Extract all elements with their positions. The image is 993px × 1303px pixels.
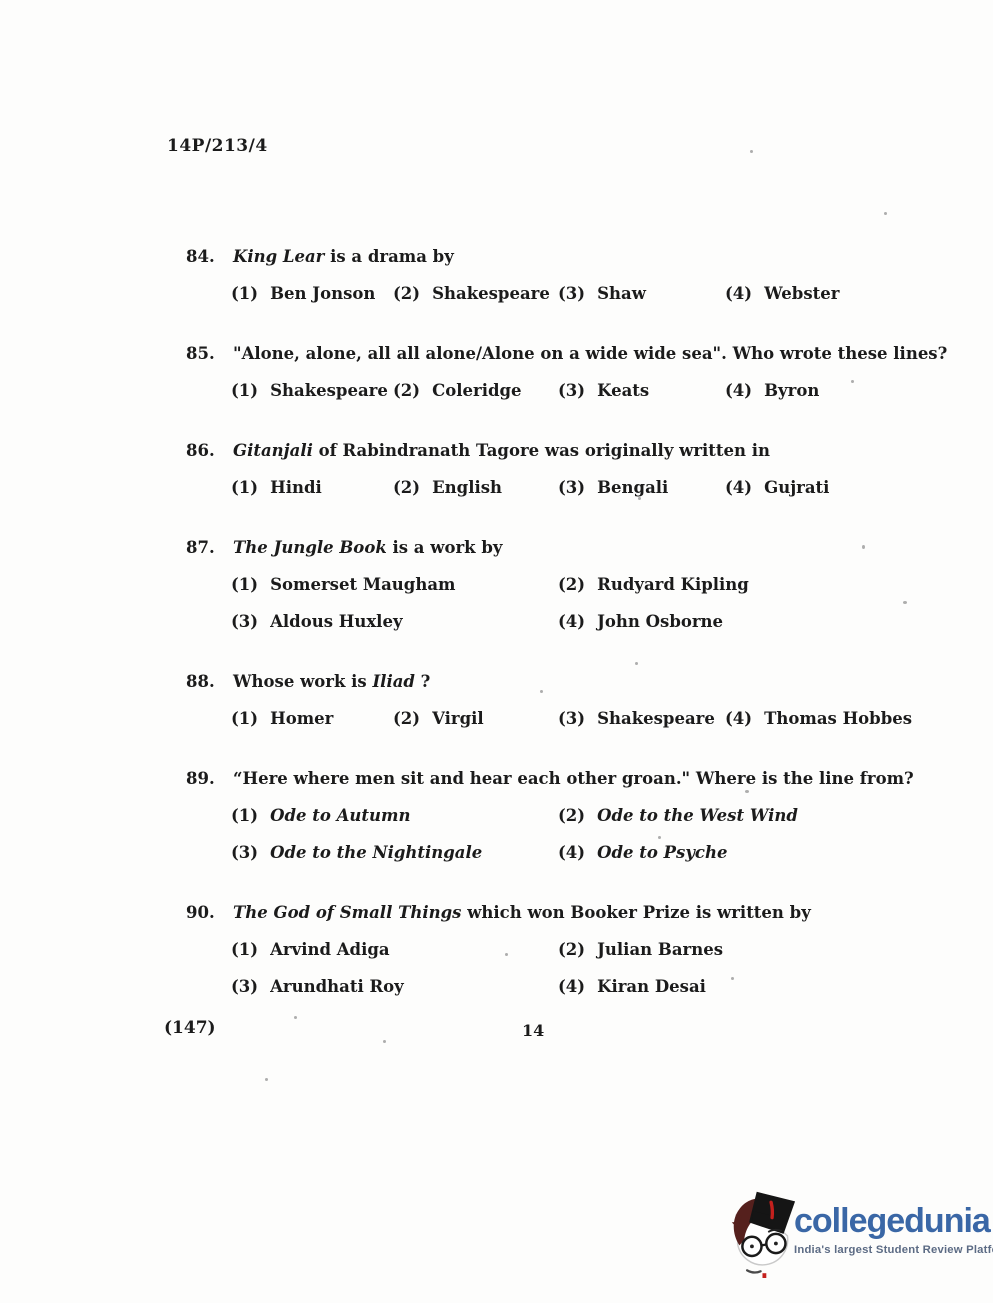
option-2: (2)English (393, 478, 502, 497)
option-label: (4) (725, 381, 752, 400)
option-text: Virgil (432, 709, 484, 728)
scan-speck (540, 690, 543, 693)
option-3: (3)Keats (558, 381, 649, 400)
question-number: 89. (186, 769, 215, 788)
option-label: (3) (558, 381, 585, 400)
option-3: (3)Shakespeare (558, 709, 715, 728)
option-label: (4) (725, 709, 752, 728)
exam-paper-page: 14P/213/4 84.King Lear is a drama by(1)B… (0, 0, 993, 1303)
option-2: (2)Ode to the West Wind (558, 806, 798, 825)
option-text: Shaw (597, 284, 646, 303)
option-label: (2) (558, 575, 585, 594)
scan-speck (903, 601, 907, 604)
option-text: Hindi (270, 478, 322, 497)
option-label: (1) (231, 284, 258, 303)
option-label: (1) (231, 381, 258, 400)
option-text: Gujrati (764, 478, 829, 497)
option-label: (1) (231, 709, 258, 728)
option-label: (2) (393, 284, 420, 303)
option-label: (1) (231, 940, 258, 959)
option-label: (1) (231, 806, 258, 825)
option-label: (1) (231, 478, 258, 497)
option-text: Ode to Psyche (597, 843, 727, 862)
question-list: 84.King Lear is a drama by(1)Ben Jonson(… (0, 247, 993, 1037)
collegedunia-logo: collegedunia .com India's largest Studen… (726, 1186, 990, 1278)
question-number: 88. (186, 672, 215, 691)
scan-speck (294, 1016, 297, 1019)
scan-speck (505, 953, 508, 956)
logo-brand-text: collegedunia (794, 1204, 993, 1238)
question-text: King Lear is a drama by (233, 247, 454, 266)
option-text: Coleridge (432, 381, 521, 400)
scan-speck (745, 790, 749, 793)
option-4: (4)Thomas Hobbes (725, 709, 912, 728)
scan-speck (750, 150, 753, 153)
option-text: Kiran Desai (597, 977, 706, 996)
option-1: (1)Shakespeare (231, 381, 388, 400)
option-4: (4)Gujrati (725, 478, 829, 497)
question-84: 84.King Lear is a drama by(1)Ben Jonson(… (0, 247, 993, 304)
option-text: Homer (270, 709, 333, 728)
option-text: Rudyard Kipling (597, 575, 749, 594)
question-86: 86.Gitanjali of Rabindranath Tagore was … (0, 441, 993, 498)
question-number: 84. (186, 247, 215, 266)
option-text: Julian Barnes (597, 940, 723, 959)
option-text: Shakespeare (270, 381, 388, 400)
option-text: Webster (764, 284, 839, 303)
option-text: Shakespeare (432, 284, 550, 303)
question-number: 90. (186, 903, 215, 922)
question-87: 87.The Jungle Book is a work by(1)Somers… (0, 538, 993, 632)
option-4: (4)Ode to Psyche (558, 843, 727, 862)
option-4: (4)John Osborne (558, 612, 723, 631)
option-label: (3) (231, 843, 258, 862)
option-text: Aldous Huxley (270, 612, 402, 631)
scan-speck (383, 1040, 386, 1043)
logo-text-block: collegedunia .com India's largest Studen… (794, 1186, 993, 1256)
scan-speck (638, 497, 641, 500)
question-88: 88.Whose work is Iliad ?(1)Homer(2)Virgi… (0, 672, 993, 729)
option-label: (2) (558, 940, 585, 959)
option-3: (3)Arundhati Roy (231, 977, 404, 996)
option-4: (4)Byron (725, 381, 819, 400)
option-1: (1)Homer (231, 709, 333, 728)
option-4: (4)Webster (725, 284, 839, 303)
option-label: (3) (231, 612, 258, 631)
scan-speck (851, 380, 854, 383)
scan-speck (884, 212, 887, 215)
option-label: (2) (393, 381, 420, 400)
question-90: 90.The God of Small Things which won Boo… (0, 903, 993, 997)
question-number: 85. (186, 344, 215, 363)
option-1: (1)Ode to Autumn (231, 806, 411, 825)
option-label: (4) (558, 843, 585, 862)
page-number: 14 (522, 1021, 544, 1040)
question-text: “Here where men sit and hear each other … (233, 769, 914, 788)
option-label: (3) (558, 709, 585, 728)
option-3: (3)Ode to the Nightingale (231, 843, 482, 862)
scan-speck (658, 836, 661, 839)
scan-speck (635, 662, 638, 665)
option-text: English (432, 478, 502, 497)
option-2: (2)Julian Barnes (558, 940, 723, 959)
question-85: 85."Alone, alone, all all alone/Alone on… (0, 344, 993, 401)
graduate-mascot-icon (726, 1186, 798, 1278)
option-text: Arundhati Roy (270, 977, 404, 996)
option-text: John Osborne (597, 612, 723, 631)
option-label: (4) (725, 284, 752, 303)
option-label: (3) (558, 478, 585, 497)
option-1: (1)Arvind Adiga (231, 940, 390, 959)
option-2: (2)Coleridge (393, 381, 522, 400)
option-2: (2)Shakespeare (393, 284, 550, 303)
logo-tagline: India's largest Student Review Platform (794, 1244, 993, 1256)
option-label: (2) (558, 806, 585, 825)
scan-speck (265, 1078, 268, 1081)
option-text: Thomas Hobbes (764, 709, 912, 728)
option-2: (2)Virgil (393, 709, 484, 728)
option-label: (3) (231, 977, 258, 996)
option-text: Byron (764, 381, 819, 400)
option-text: Keats (597, 381, 649, 400)
question-text: Gitanjali of Rabindranath Tagore was ori… (233, 441, 770, 460)
option-1: (1)Hindi (231, 478, 322, 497)
option-label: (4) (558, 977, 585, 996)
option-3: (3)Shaw (558, 284, 646, 303)
option-3: (3)Aldous Huxley (231, 612, 403, 631)
option-label: (2) (393, 478, 420, 497)
footer-series-code: (147) (164, 1018, 216, 1038)
option-text: Arvind Adiga (270, 940, 389, 959)
option-text: Bengali (597, 478, 668, 497)
option-1: (1)Ben Jonson (231, 284, 375, 303)
question-text: "Alone, alone, all all alone/Alone on a … (233, 344, 947, 363)
option-label: (2) (393, 709, 420, 728)
scan-speck (862, 545, 865, 549)
option-label: (4) (725, 478, 752, 497)
option-text: Shakespeare (597, 709, 715, 728)
option-label: (1) (231, 575, 258, 594)
question-number: 87. (186, 538, 215, 557)
option-3: (3)Bengali (558, 478, 668, 497)
question-text: The Jungle Book is a work by (233, 538, 502, 557)
option-label: (3) (558, 284, 585, 303)
question-text: Whose work is Iliad ? (233, 672, 430, 691)
scan-speck (731, 977, 734, 980)
paper-code: 14P/213/4 (167, 136, 268, 156)
question-number: 86. (186, 441, 215, 460)
option-text: Somerset Maugham (270, 575, 455, 594)
option-2: (2)Rudyard Kipling (558, 575, 749, 594)
question-text: The God of Small Things which won Booker… (233, 903, 811, 922)
option-text: Ben Jonson (270, 284, 375, 303)
option-text: Ode to the West Wind (597, 806, 798, 825)
option-text: Ode to Autumn (270, 806, 410, 825)
option-4: (4)Kiran Desai (558, 977, 706, 996)
option-label: (4) (558, 612, 585, 631)
option-1: (1)Somerset Maugham (231, 575, 455, 594)
question-89: 89.“Here where men sit and hear each oth… (0, 769, 993, 863)
option-text: Ode to the Nightingale (270, 843, 482, 862)
